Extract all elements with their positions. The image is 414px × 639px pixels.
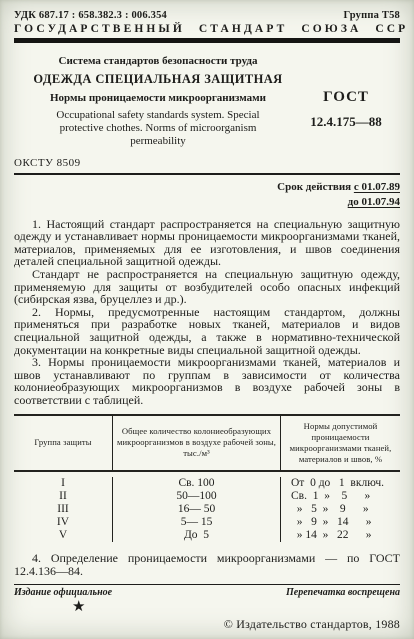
closing-paragraph-block: 4. Определение проницаемости микрооргани… (14, 552, 400, 577)
table-cell: I (14, 477, 112, 490)
official-edition-label: Издание официальное (14, 587, 112, 598)
table-cell: 5— 15 (112, 516, 280, 529)
table-cell: » 14 » 22 » (280, 529, 400, 542)
header-divider-bar (14, 38, 400, 43)
state-standard-heading: ГОСУДАРСТВЕННЫЙ СТАНДАРТ СОЮЗА ССР (14, 23, 400, 35)
standards-system-name: Система стандартов безопасности труда (28, 55, 288, 67)
validity-to: до 01.07.94 (14, 195, 400, 210)
table-cell: Св. 100 (112, 477, 280, 490)
table-cell: 16— 50 (112, 503, 280, 516)
paragraph-2: 2. Нормы, предусмотренные настоящим стан… (14, 306, 400, 356)
section-divider (14, 173, 400, 175)
table-cell: От 0 до 1 включ. (280, 477, 400, 490)
validity-from: Срок действия с 01.07.89 (14, 180, 400, 195)
table-cell: II (14, 490, 112, 503)
standard-title-ru: ОДЕЖДА СПЕЦИАЛЬНАЯ ЗАЩИТНАЯ (28, 72, 288, 87)
table-cell: V (14, 529, 112, 542)
gost-standard-page: УДК 687.17 : 658.382.3 : 006.354 Группа … (0, 0, 414, 639)
copyright-line: © Издательство стандартов, 1988 (14, 617, 400, 632)
okstu-code: ОКСТУ 8509 (14, 157, 400, 169)
col-header-microorganism-count: Общее количество колониеобразующих микро… (112, 416, 280, 471)
norms-table-header: Группа защиты Общее количество колониеоб… (14, 416, 400, 473)
designation-block: ГОСТ 12.4.175—88 (292, 55, 400, 148)
classification-row: УДК 687.17 : 658.382.3 : 006.354 Группа … (14, 10, 400, 21)
norms-table-body: I Св. 100 От 0 до 1 включ. II 50—100 Св.… (14, 472, 400, 546)
body-paragraphs: 1. Настоящий стандарт распространяется н… (14, 218, 400, 407)
table-cell: IV (14, 516, 112, 529)
paragraph-4: 4. Определение проницаемости микрооргани… (14, 552, 400, 577)
standard-subtitle-ru: Нормы проницаемости микроорганизмами (28, 92, 288, 104)
col-header-protection-group: Группа защиты (14, 416, 112, 471)
star-icon: ★ (72, 599, 400, 615)
designation-number: 12.4.175—88 (292, 114, 400, 130)
paragraph-3: 3. Нормы проницаемости микроорганизмами … (14, 356, 400, 406)
norms-table: Группа защиты Общее количество колониеоб… (14, 414, 400, 547)
title-block: Система стандартов безопасности труда ОД… (14, 55, 400, 148)
table-cell: 50—100 (112, 490, 280, 503)
title-left-column: Система стандартов безопасности труда ОД… (14, 55, 292, 148)
table-cell: » 5 » 9 » (280, 503, 400, 516)
validity-from-date: с 01.07.89 (354, 181, 400, 193)
standard-title-en: Occupational safety standards system. Sp… (28, 109, 288, 148)
paragraph-1: 1. Настоящий стандарт распространяется н… (14, 218, 400, 268)
validity-period: Срок действия с 01.07.89 до 01.07.94 (14, 180, 400, 210)
col-header-permeability-norms: Нормы допустимой проницаемости микроорга… (280, 416, 400, 471)
footer-divider (14, 584, 400, 585)
table-cell: Св. 1 » 5 » (280, 490, 400, 503)
validity-from-prefix: Срок действия (277, 181, 351, 193)
group-code: Группа Т58 (344, 10, 400, 21)
paragraph-1a: Стандарт не распространяется на специаль… (14, 268, 400, 306)
table-cell: До 5 (112, 529, 280, 542)
table-cell: » 9 » 14 » (280, 516, 400, 529)
reprint-prohibited-label: Перепечатка воспрещена (286, 587, 400, 598)
udk-code: УДК 687.17 : 658.382.3 : 006.354 (14, 10, 167, 21)
validity-to-date: до 01.07.94 (348, 196, 400, 208)
footer-notices: Издание официальное Перепечатка воспреще… (14, 587, 400, 598)
designation-label: ГОСТ (292, 89, 400, 106)
table-cell: III (14, 503, 112, 516)
